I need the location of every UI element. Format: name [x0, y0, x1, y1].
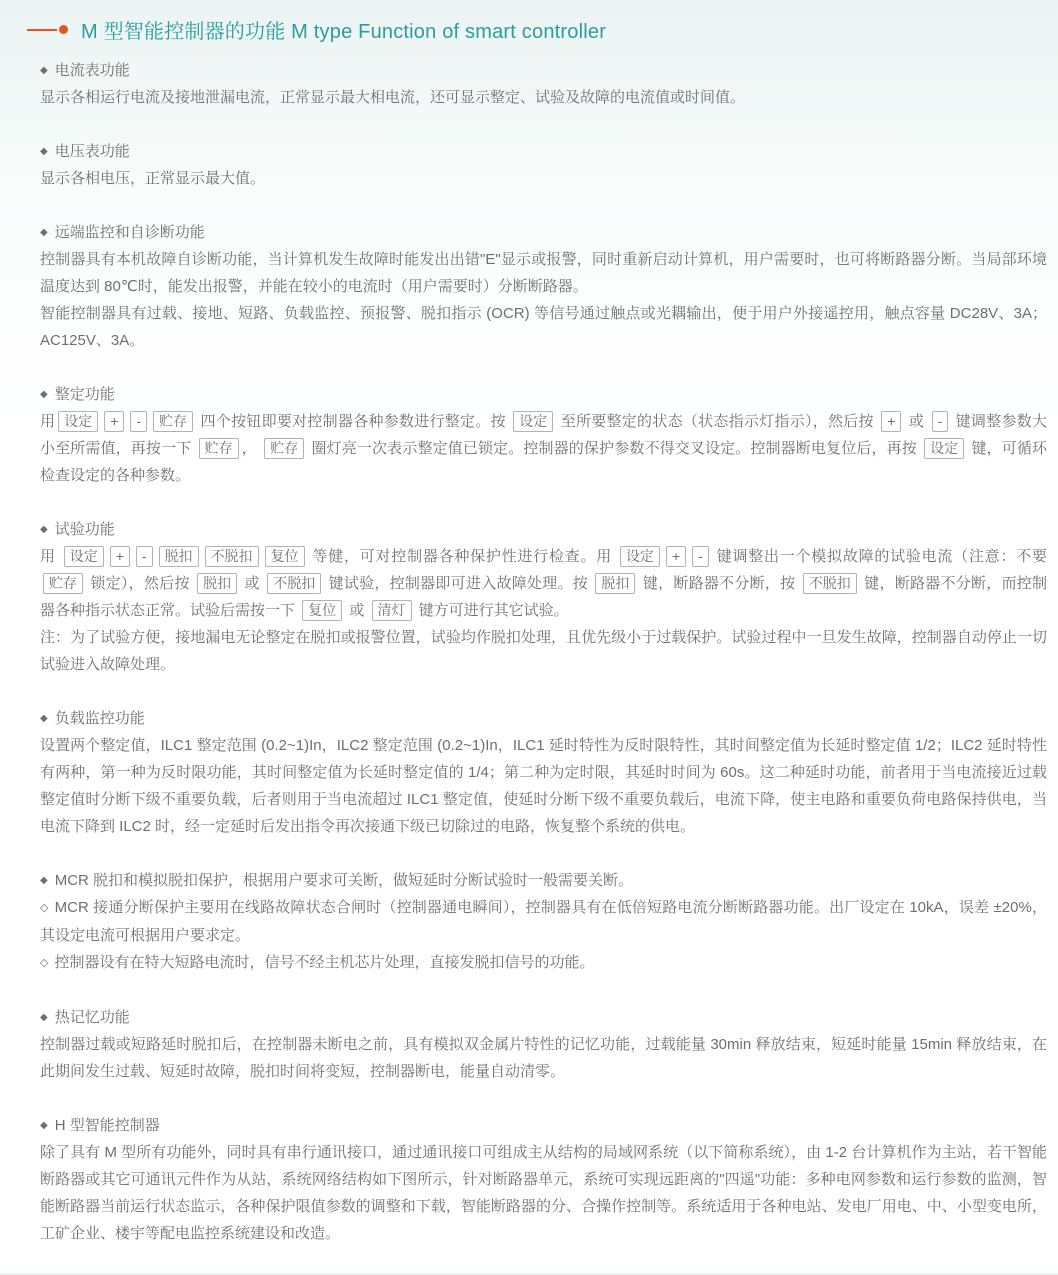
section-heading: ◆H 型智能控制器	[40, 1112, 1047, 1139]
section-voltmeter: ◆电压表功能显示各相电压，正常显示最大值。	[40, 138, 1047, 192]
text-run: 至所要整定的状态（状态指示灯指示），然后按	[556, 413, 878, 430]
key-button-label: 设定	[58, 411, 98, 432]
key-button-label: -	[136, 546, 153, 567]
section-test: ◆试验功能用 设定+-脱扣不脱扣复位 等健，可对控制器各种保护性进行检查。用 设…	[40, 516, 1047, 678]
text-run: 显示各相电压，正常显示最大值。	[40, 170, 265, 187]
section-heading: ◆热记忆功能	[40, 1004, 1047, 1031]
key-button-label: -	[932, 411, 949, 432]
key-button-label: -	[692, 546, 709, 567]
section-heading-text: 试验功能	[55, 521, 115, 538]
key-button-label: 贮存	[43, 573, 83, 594]
key-button-label: -	[130, 411, 147, 432]
paragraph: 显示各相电压，正常显示最大值。	[40, 165, 1047, 192]
key-button-label: +	[881, 411, 901, 432]
text-run: 锁定），然后按	[86, 575, 194, 592]
key-button-label: 不脱扣	[803, 573, 857, 594]
section-load-monitoring: ◆负载监控功能设置两个整定值，ILC1 整定范围 (0.2~1)In，ILC2 …	[40, 705, 1047, 840]
paragraph: 智能控制器具有过载、接地、短路、负载监控、预报警、脱扣指示 (OCR) 等信号通…	[40, 300, 1047, 354]
paragraph: ◇控制器设有在特大短路电流时，信号不经主机芯片处理，直接发脱扣信号的功能。	[40, 949, 1047, 977]
section-mcr-protection: ◆MCR 脱扣和模拟脱扣保护，根据用户要求可关断，做短延时分断试验时一般需要关断…	[40, 867, 1047, 977]
paragraph: 控制器过载或短路延时脱扣后，在控制器未断电之前，具有模拟双金属片特性的记忆功能，…	[40, 1031, 1047, 1085]
text-run: 智能控制器具有过载、接地、短路、负载监控、预报警、脱扣指示 (OCR) 等信号通…	[40, 305, 1047, 349]
text-run: 用	[40, 548, 61, 565]
section-heading: ◆负载监控功能	[40, 705, 1047, 732]
key-button-label: +	[110, 546, 130, 567]
diamond-bullet-icon: ◆	[40, 1120, 48, 1131]
section-h-type-controller: ◆H 型智能控制器除了具有 M 型所有功能外，同时具有串行通讯接口，通过通讯接口…	[40, 1112, 1047, 1247]
text-run: 设置两个整定值，ILC1 整定范围 (0.2~1)In，ILC2 整定范围 (0…	[40, 737, 1047, 835]
section-setting: ◆整定功能用设定+-贮存 四个按钮即要对控制器各种参数进行整定。按 设定 至所要…	[40, 381, 1047, 489]
key-button-label: 脱扣	[595, 573, 635, 594]
section-heading-text: 远端监控和自诊断功能	[55, 224, 205, 241]
text-run: 显示各相运行电流及接地泄漏电流，正常显示最大相电流，还可显示整定、试验及故障的电…	[40, 89, 745, 106]
key-button-label: 贮存	[199, 438, 239, 459]
section-ammeter: ◆电流表功能显示各相运行电流及接地泄漏电流，正常显示最大相电流，还可显示整定、试…	[40, 57, 1047, 111]
key-button-label: 设定	[64, 546, 104, 567]
section-heading-text: 电压表功能	[55, 143, 130, 160]
text-run: 除了具有 M 型所有功能外，同时具有串行通讯接口，通过通讯接口可组成主从结构的局…	[40, 1144, 1047, 1242]
key-button-label: +	[666, 546, 686, 567]
diamond-bullet-icon: ◆	[40, 389, 48, 400]
text-run: 控制器设有在特大短路电流时，信号不经主机芯片处理，直接发脱扣信号的功能。	[54, 954, 594, 971]
key-button-label: 脱扣	[159, 546, 199, 567]
text-run: MCR 接通分断保护主要用在线路故障状态合闸时（控制器通电瞬间），控制器具有在低…	[40, 899, 1047, 944]
section-heading-text: H 型智能控制器	[55, 1117, 160, 1134]
text-run: 键调整出一个模拟故障的试验电流（注意：不要	[712, 548, 1047, 565]
text-run: 或	[904, 413, 928, 430]
text-run: 注：为了试验方便，接地漏电无论整定在脱扣或报警位置，试验均作脱扣处理，且优先级小…	[40, 629, 1047, 673]
text-run: 键，断路器不分断，按	[638, 575, 799, 592]
key-button-label: 设定	[513, 411, 553, 432]
open-diamond-bullet-icon: ◇	[40, 902, 49, 914]
key-button-label: 复位	[302, 600, 342, 621]
text-run: 键试验，控制器即可进入故障处理。按	[324, 575, 592, 592]
section-heading-text: 电流表功能	[55, 62, 130, 79]
key-button-label: 脱扣	[197, 573, 237, 594]
marker-line	[27, 29, 57, 31]
key-button-label: 设定	[620, 546, 660, 567]
paragraph: 除了具有 M 型所有功能外，同时具有串行通讯接口，通过通讯接口可组成主从结构的局…	[40, 1139, 1047, 1247]
text-run: 或	[345, 602, 368, 619]
section-heading-text: MCR 脱扣和模拟脱扣保护，根据用户要求可关断，做短延时分断试验时一般需要关断。	[55, 872, 633, 889]
title-row: M 型智能控制器的功能 M type Function of smart con…	[0, 0, 1058, 44]
paragraph: 设置两个整定值，ILC1 整定范围 (0.2~1)In，ILC2 整定范围 (0…	[40, 732, 1047, 840]
section-heading-text: 整定功能	[55, 386, 115, 403]
section-heading: ◆试验功能	[40, 516, 1047, 543]
section-heading: ◆MCR 脱扣和模拟脱扣保护，根据用户要求可关断，做短延时分断试验时一般需要关断…	[40, 867, 1047, 894]
section-heading: ◆电流表功能	[40, 57, 1047, 84]
paragraph: 控制器具有本机故障自诊断功能，当计算机发生故障时能发出出错"E"显示或报警，同时…	[40, 246, 1047, 300]
text-run: 控制器过载或短路延时脱扣后，在控制器未断电之前，具有模拟双金属片特性的记忆功能，…	[40, 1036, 1047, 1080]
diamond-bullet-icon: ◆	[40, 524, 48, 535]
key-button-label: +	[104, 411, 124, 432]
diamond-bullet-icon: ◆	[40, 65, 48, 76]
paragraph: ◇MCR 接通分断保护主要用在线路故障状态合闸时（控制器通电瞬间），控制器具有在…	[40, 894, 1047, 949]
document-page: M 型智能控制器的功能 M type Function of smart con…	[0, 0, 1058, 1275]
section-heading-text: 负载监控功能	[55, 710, 145, 727]
key-button-label: 清灯	[372, 600, 412, 621]
key-button-label: 不脱扣	[267, 573, 321, 594]
text-run: 键方可进行其它试验。	[415, 602, 569, 619]
text-run: 圈灯亮一次表示整定值已锁定。控制器的保护参数不得交叉设定。控制器断电复位后，再按	[307, 440, 921, 457]
key-button-label: 不脱扣	[205, 546, 259, 567]
key-button-label: 复位	[265, 546, 305, 567]
key-button-label: 设定	[924, 438, 964, 459]
diamond-bullet-icon: ◆	[40, 1012, 48, 1023]
paragraph: 用设定+-贮存 四个按钮即要对控制器各种参数进行整定。按 设定 至所要整定的状态…	[40, 408, 1047, 489]
paragraph: 注：为了试验方便，接地漏电无论整定在脱扣或报警位置，试验均作脱扣处理，且优先级小…	[40, 624, 1047, 678]
diamond-bullet-icon: ◆	[40, 146, 48, 157]
diamond-bullet-icon: ◆	[40, 227, 48, 238]
diamond-bullet-icon: ◆	[40, 875, 48, 886]
page-title: M 型智能控制器的功能 M type Function of smart con…	[81, 15, 606, 44]
paragraph: 用 设定+-脱扣不脱扣复位 等健，可对控制器各种保护性进行检查。用 设定+- 键…	[40, 543, 1047, 624]
text-run: 或	[240, 575, 264, 592]
open-diamond-bullet-icon: ◇	[40, 957, 48, 969]
key-button-label: 贮存	[153, 411, 193, 432]
text-run: 等健，可对控制器各种保护性进行检查。用	[308, 548, 617, 565]
key-button-label: 贮存	[264, 438, 304, 459]
text-run: 控制器具有本机故障自诊断功能，当计算机发生故障时能发出出错"E"显示或报警，同时…	[40, 251, 1047, 295]
section-heading-text: 热记忆功能	[55, 1009, 130, 1026]
section-remote-monitoring-self-diagnosis: ◆远端监控和自诊断功能控制器具有本机故障自诊断功能，当计算机发生故障时能发出出错…	[40, 219, 1047, 354]
text-run: 用	[40, 413, 55, 430]
title-marker-icon	[27, 25, 68, 34]
text-run: ，	[242, 440, 262, 457]
paragraph: 显示各相运行电流及接地泄漏电流，正常显示最大相电流，还可显示整定、试验及故障的电…	[40, 84, 1047, 111]
section-heading: ◆电压表功能	[40, 138, 1047, 165]
marker-dot-icon	[59, 25, 68, 34]
section-heading: ◆远端监控和自诊断功能	[40, 219, 1047, 246]
text-run: 四个按钮即要对控制器各种参数进行整定。按	[196, 413, 510, 430]
sections: ◆电流表功能显示各相运行电流及接地泄漏电流，正常显示最大相电流，还可显示整定、试…	[0, 57, 1058, 1273]
section-heading: ◆整定功能	[40, 381, 1047, 408]
diamond-bullet-icon: ◆	[40, 713, 48, 724]
section-thermal-memory: ◆热记忆功能控制器过载或短路延时脱扣后，在控制器未断电之前，具有模拟双金属片特性…	[40, 1004, 1047, 1085]
